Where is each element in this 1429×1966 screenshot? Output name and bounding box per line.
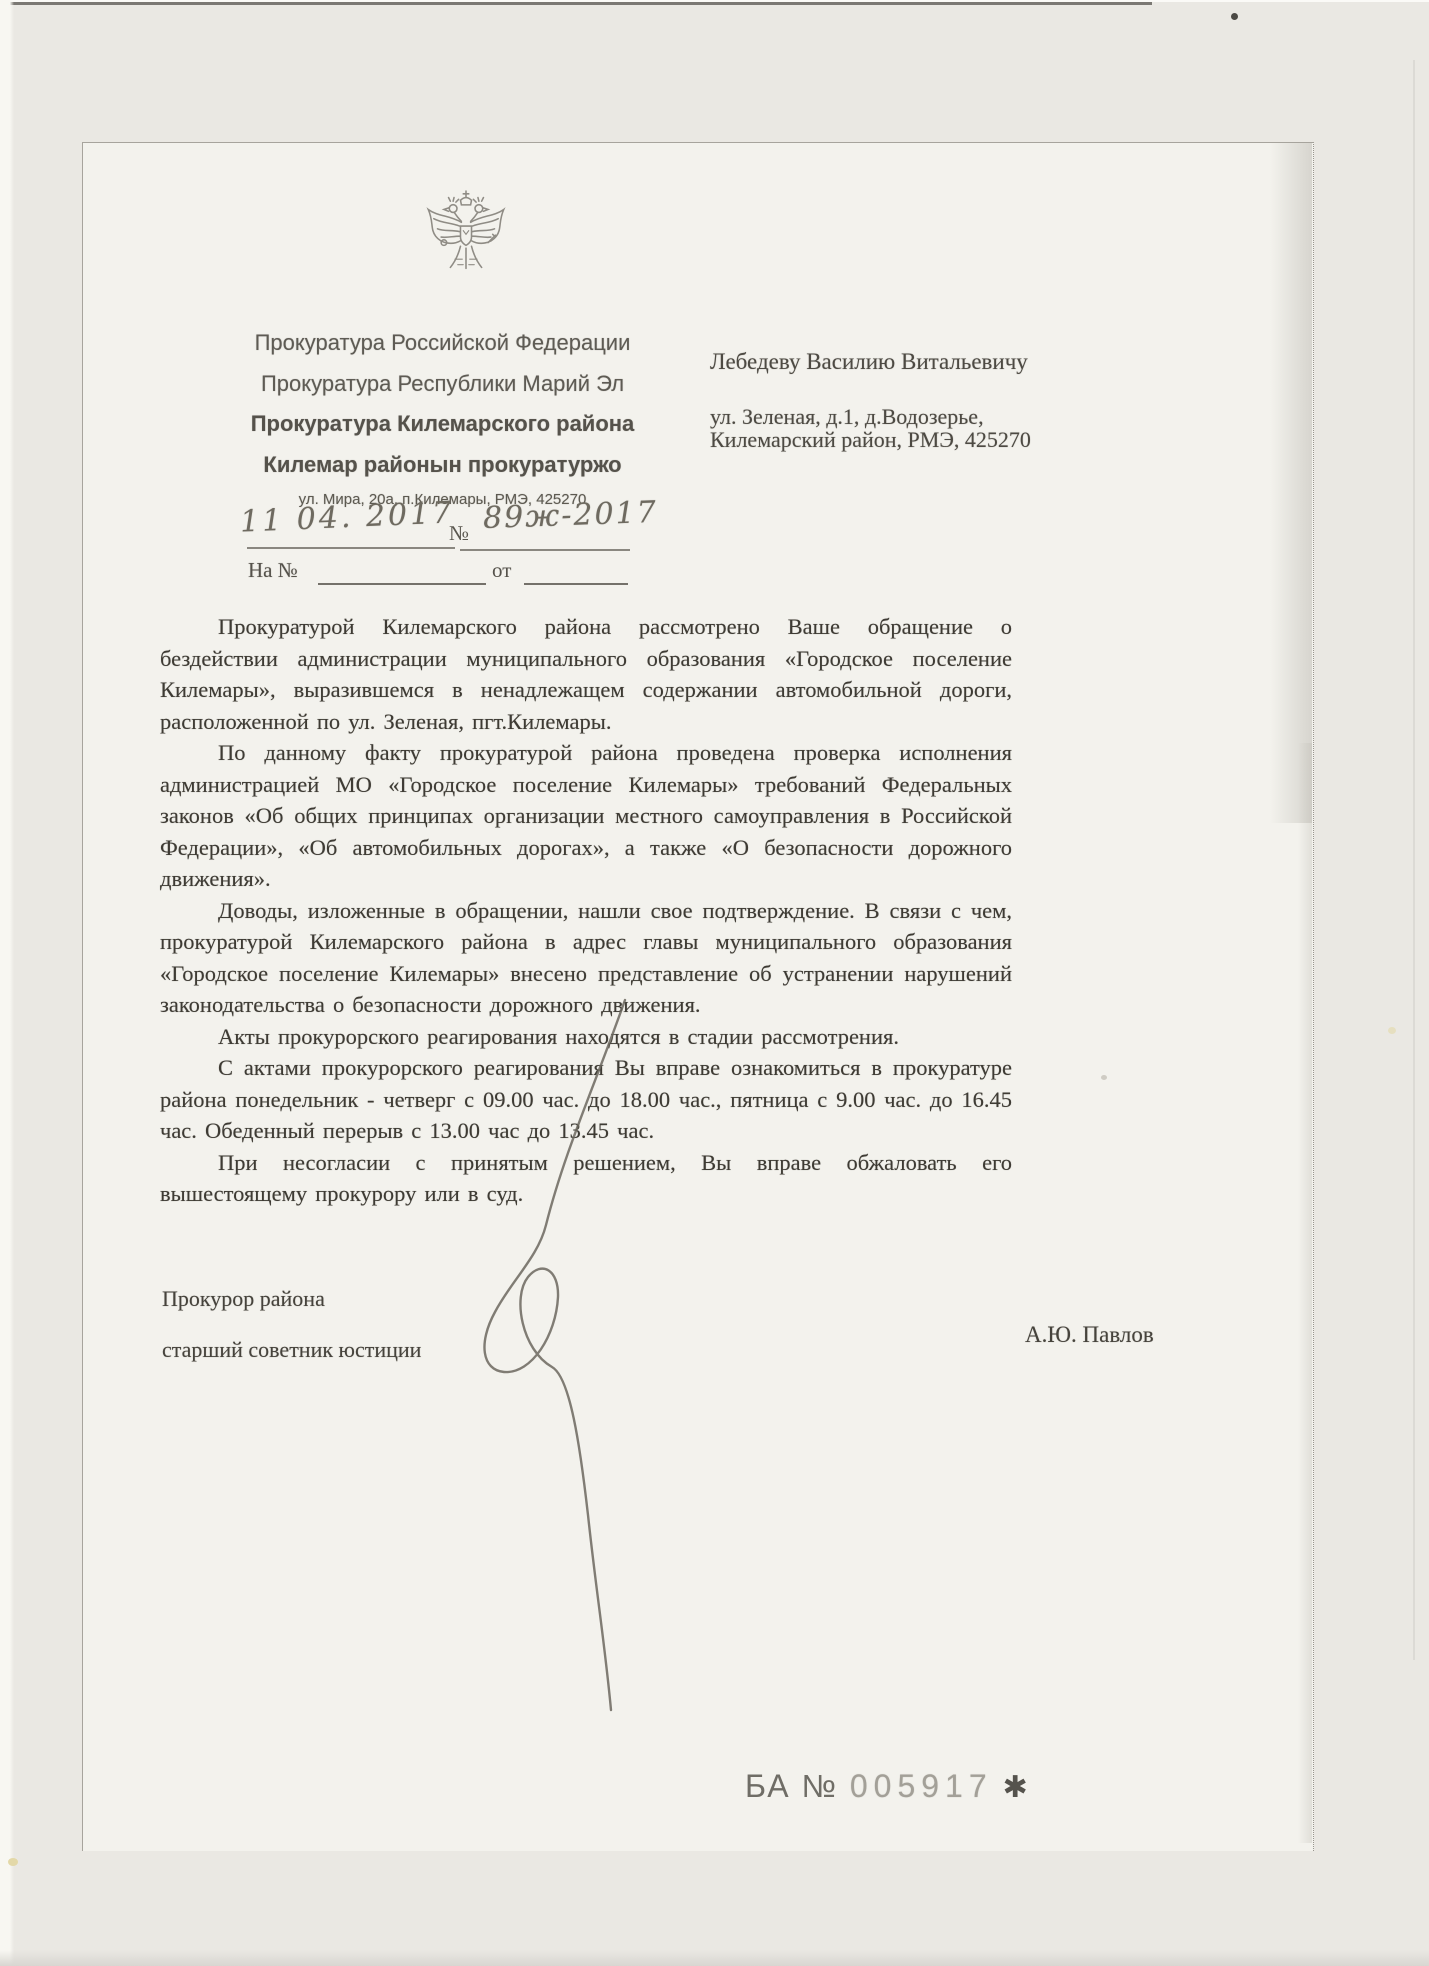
recipient-address-line2: Килемарский район, РМЭ, 425270 [710,427,1031,453]
date-underline [247,547,455,549]
scan-artifact-speck [1231,13,1238,20]
scanned-letter: Прокуратура Российской Федерации Прокура… [0,0,1429,1966]
scan-edge-right-line [1413,60,1415,1660]
page-edge-shadow [1270,143,1312,823]
letterhead-org-line1: Прокуратура Российской Федерации [160,330,725,356]
recipient-name: Лебедеву Василию Витальевичу [710,349,1028,375]
number-sign: № [449,521,469,546]
russia-coat-of-arms-icon [420,186,512,290]
letterhead-org-line3: Прокуратура Килемарского района [160,411,725,437]
scan-artifact-speck [1388,1027,1396,1034]
reply-from-label: от [492,558,511,583]
reply-from-blank-line [524,583,628,585]
scan-edge-left [0,0,14,1966]
signer-name: А.Ю. Павлов [1025,1322,1154,1348]
form-series-stamp: БА №005917✱ [745,1768,1028,1805]
reply-ref-label: На № [248,558,638,583]
stamp-series: БА № [745,1768,838,1804]
scan-artifact-speck [1101,1075,1107,1080]
signer-position-line2: старший советник юстиции [162,1337,421,1363]
letterhead-org-line4: Килемар районын прокуратуржо [160,452,725,478]
outgoing-number-handwriting: 89ж-2017 [482,495,658,536]
signer-position-line1: Прокурор района [162,1286,325,1312]
pen-signature-stroke [430,975,670,1735]
body-paragraph: Прокуратурой Килемарского района рассмот… [160,611,1012,737]
letterhead-org-line2: Прокуратура Республики Марий Эл [160,371,725,397]
scan-edge-dark-line [0,2,1152,5]
scan-edge-bottom [0,1950,1429,1966]
number-underline [460,549,630,551]
reply-ref-blank-line [318,583,486,585]
stamp-star-icon: ✱ [1003,1771,1028,1804]
body-paragraph: По данному факту прокуратурой района про… [160,737,1012,895]
stamp-number: 005917 [850,1768,993,1804]
page-edge-shadow-lower [1298,743,1312,1843]
scan-artifact-speck [8,1858,18,1866]
